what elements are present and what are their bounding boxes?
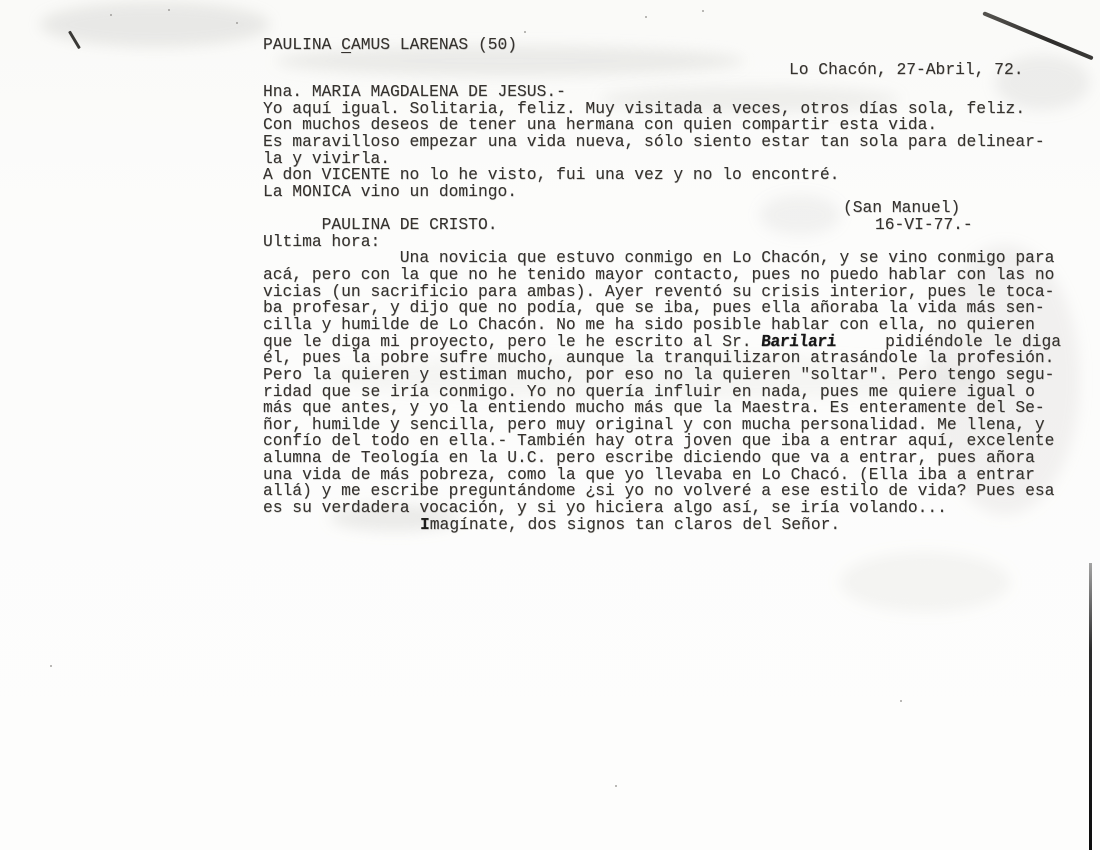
scan-speck [645, 16, 647, 18]
pen-stroke-top-left [68, 31, 80, 49]
scan-speck [702, 10, 704, 12]
pen-stroke-top-right [982, 11, 1093, 60]
letter-title: PAULINA CAMUS LARENAS (50) [263, 37, 517, 54]
closing-line: Imagínate, dos signos tan claros del Señ… [263, 517, 1083, 534]
title-underlined-letter: C [341, 35, 351, 54]
title-post: AMUS LARENAS (50) [351, 35, 517, 54]
second-date: 16-VI-77.- [875, 217, 973, 234]
smudge-stain [840, 552, 1010, 612]
closing-bold-initial: I [420, 515, 430, 534]
scan-speck [524, 31, 526, 33]
title-pre: PAULINA [263, 35, 341, 54]
closing-rest: magínate, dos signos tan claros del Seño… [430, 515, 840, 534]
scanned-letter-page: PAULINA CAMUS LARENAS (50) Lo Chacón, 27… [0, 0, 1100, 850]
scan-speck [168, 9, 170, 11]
scanner-edge-line [1089, 563, 1092, 850]
scan-speck [236, 22, 238, 24]
second-date-row: 16-VI-77.- [263, 217, 1083, 234]
scan-speck [110, 14, 112, 16]
dateline: Lo Chacón, 27-Abril, 72. [789, 62, 1024, 79]
scan-speck [615, 785, 617, 787]
intro-line: La MONICA vino un domingo. [263, 184, 1083, 201]
scan-speck [50, 665, 52, 667]
scan-speck [900, 700, 902, 702]
letter-body: Hna. MARIA MAGDALENA DE JESUS.- Yo aquí … [263, 84, 1083, 533]
